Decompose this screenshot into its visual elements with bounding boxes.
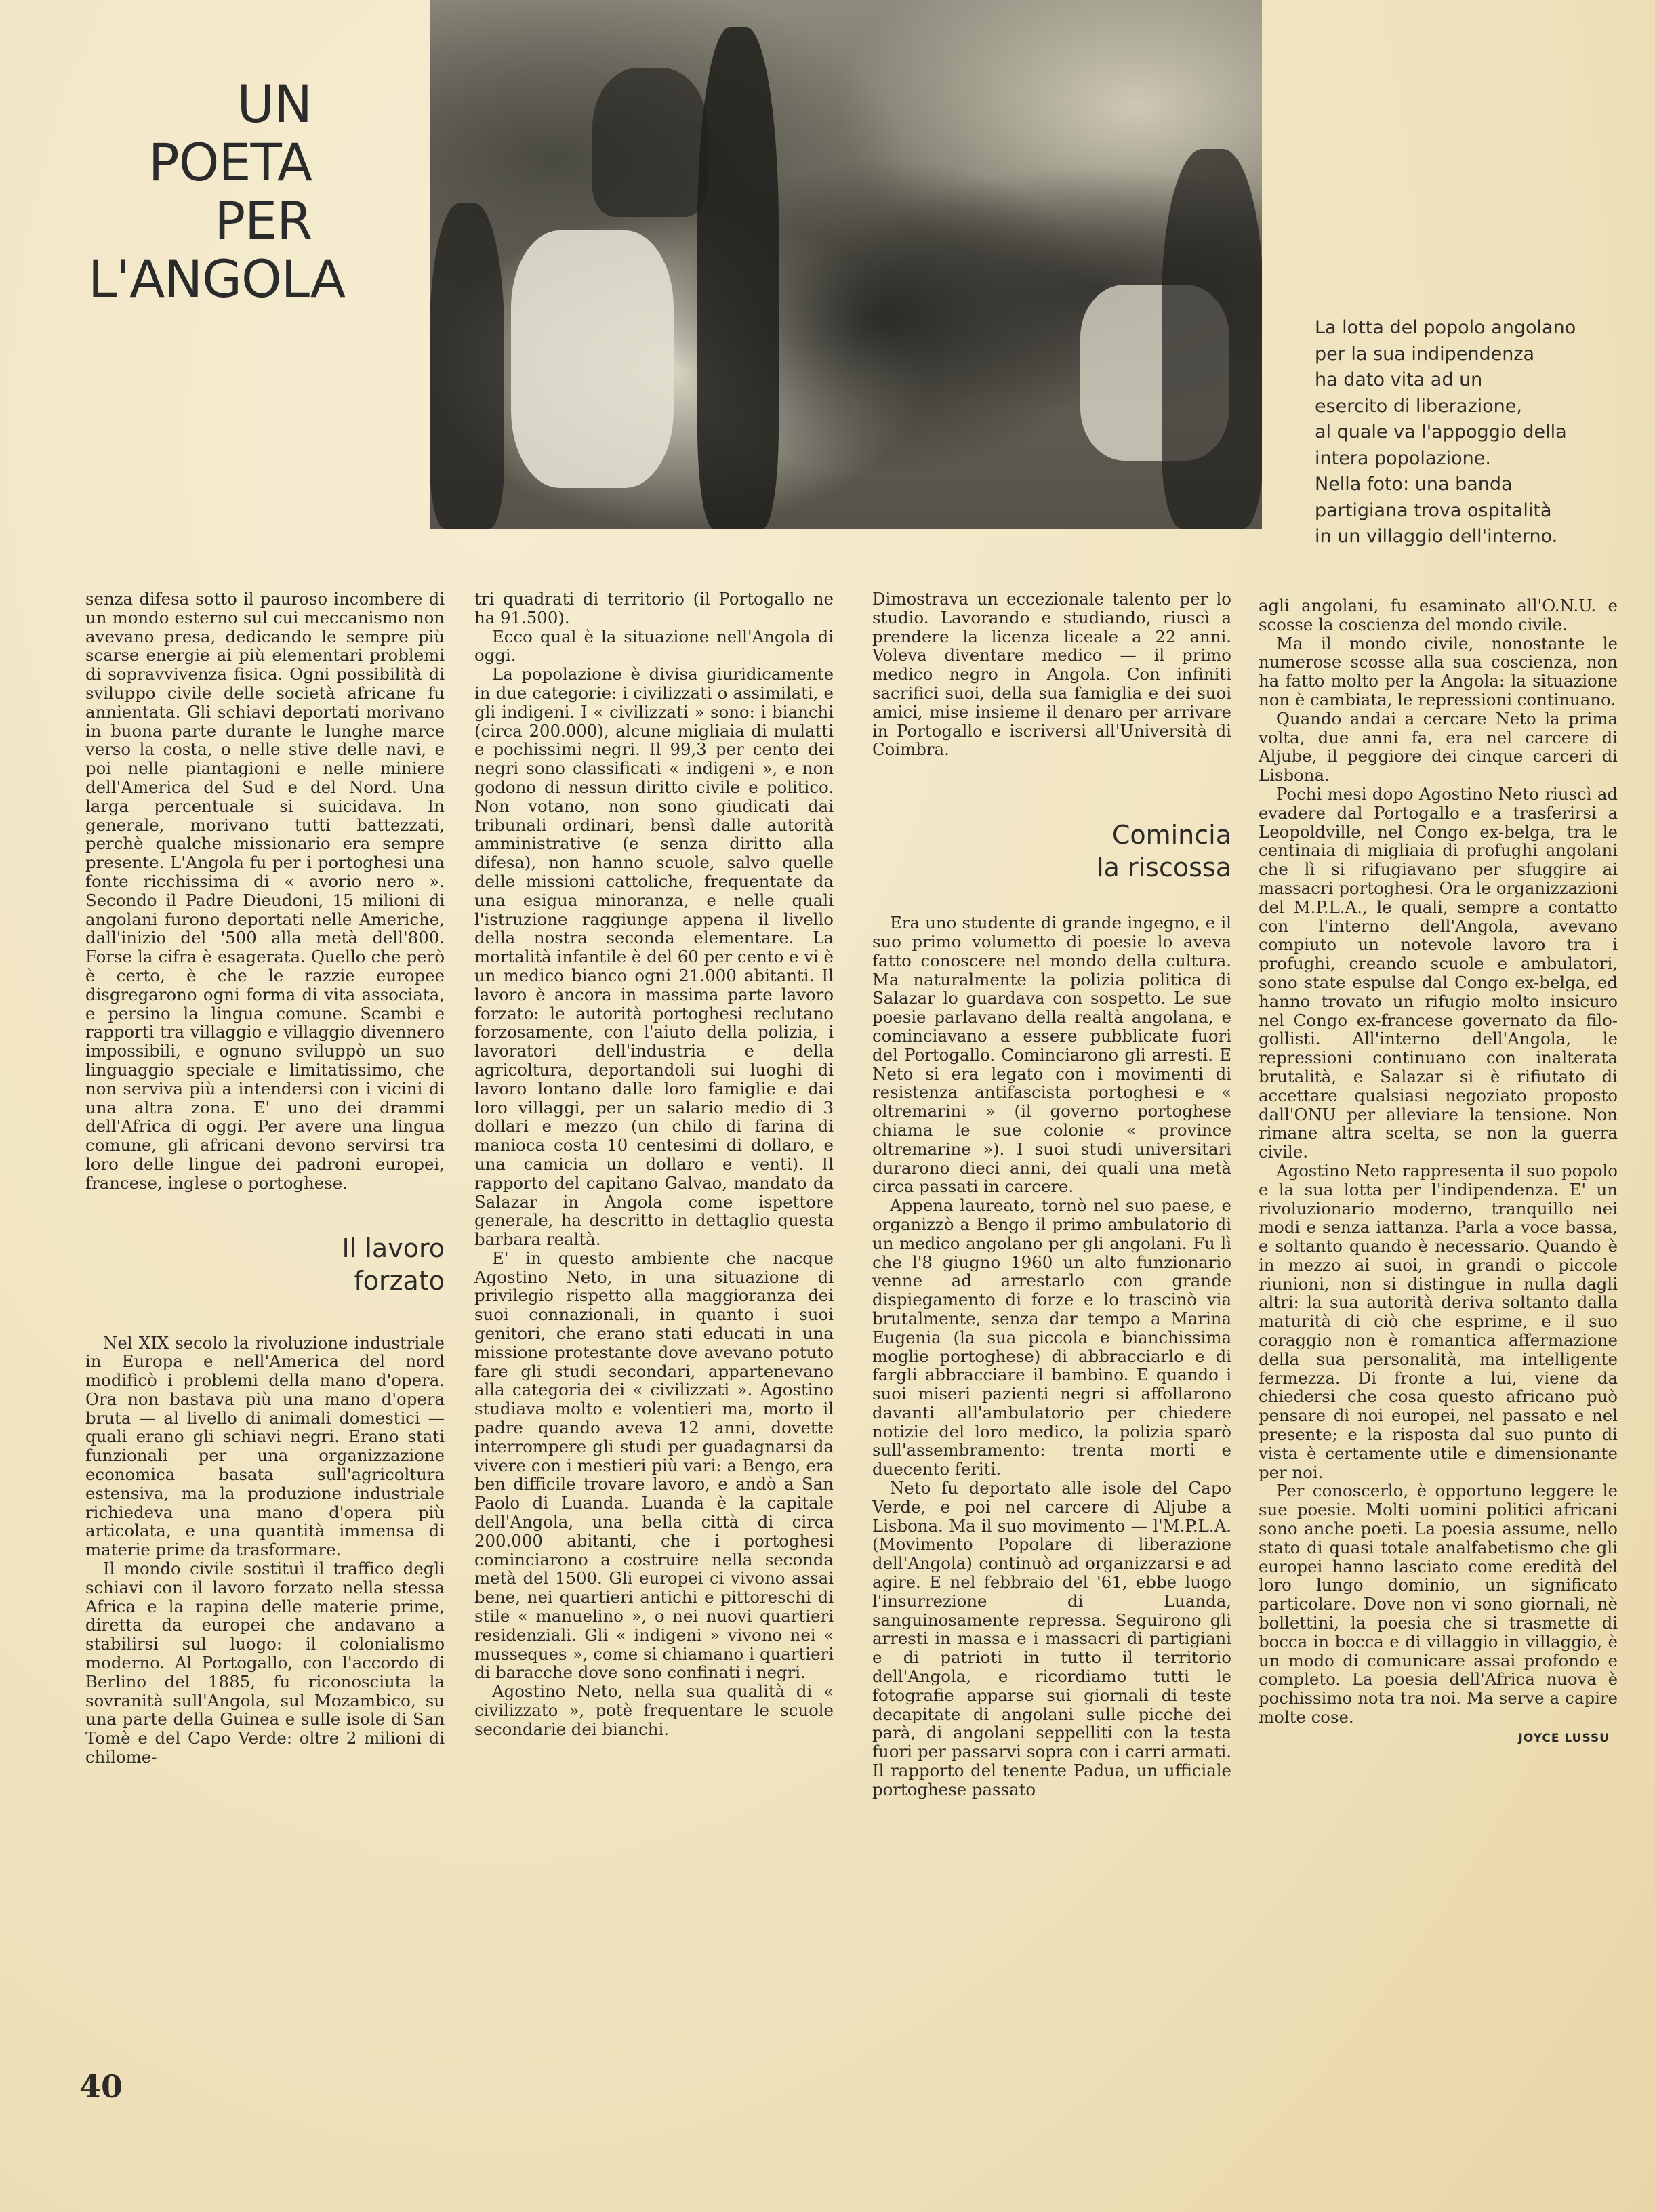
- caption-line: esercito di liberazione,: [1315, 394, 1640, 420]
- caption-line: intera popolazione.: [1315, 446, 1640, 472]
- subheading-line: la riscossa: [872, 851, 1231, 884]
- caption-line: Nella foto: una banda: [1315, 472, 1640, 498]
- subheading-line: Comincia: [872, 819, 1231, 851]
- paragraph: Era uno studente di grande ingegno, e il…: [872, 914, 1231, 1196]
- paragraph: tri quadrati di territorio (il Portogall…: [474, 590, 834, 628]
- subheading-line: forzato: [85, 1265, 445, 1297]
- paragraph: Dimostrava un eccezionale talento per lo…: [872, 590, 1231, 759]
- photo-figure-left: [430, 203, 504, 529]
- paragraph: senza difesa sotto il pauroso incombere …: [85, 590, 445, 1193]
- paragraph: Neto fu deportato alle isole del Capo Ve…: [872, 1479, 1231, 1799]
- paragraph: Per conoscerlo, è opportuno leggere le s…: [1259, 1481, 1618, 1726]
- text-column-2: tri quadrati di territorio (il Portogall…: [474, 590, 834, 1739]
- paragraph: agli angolani, fu esaminato all'O.N.U. e…: [1259, 596, 1618, 634]
- caption-line: per la sua indipendenza: [1315, 342, 1640, 368]
- subheading-comincia-la-riscossa: Comincia la riscossa: [872, 819, 1231, 884]
- paragraph: Pochi mesi dopo Agostino Neto riuscì ad …: [1259, 785, 1618, 1162]
- paragraph: Agostino Neto rappresenta il suo popolo …: [1259, 1162, 1618, 1482]
- caption-line: La lotta del popolo angolano: [1315, 315, 1640, 342]
- subheading-lavoro-forzato: Il lavoro forzato: [85, 1232, 445, 1297]
- subheading-line: Il lavoro: [85, 1232, 445, 1265]
- caption-line: ha dato vita ad un: [1315, 367, 1640, 394]
- article-photo: [430, 0, 1262, 529]
- author-signature: JOYCE LUSSU: [1259, 1729, 1618, 1748]
- photo-figure-far-right: [1162, 149, 1262, 529]
- text-column-3: Dimostrava un eccezionale talento per lo…: [872, 590, 1231, 1799]
- caption-line: al quale va l'appoggio della: [1315, 419, 1640, 446]
- paragraph: Ma il mondo civile, nonostante le numero…: [1259, 634, 1618, 710]
- page-number: 40: [79, 2068, 123, 2105]
- paragraph: E' in questo ambiente che nacque Agostin…: [474, 1249, 834, 1682]
- title-line-2: POETA: [88, 134, 312, 192]
- paragraph: Il mondo civile sostituì il traffico deg…: [85, 1559, 445, 1767]
- paragraph: Ecco qual è la situazione nell'Angola di…: [474, 628, 834, 665]
- title-line-1: UN: [88, 75, 312, 134]
- photo-figure-bending: [592, 68, 708, 217]
- article-title: UN POETA PER L'ANGOLA: [88, 75, 312, 308]
- paragraph: Quando andai a cercare Neto la prima vol…: [1259, 710, 1618, 785]
- paragraph: La popolazione è divisa giuridicamente i…: [474, 665, 834, 1249]
- paragraph: Appena laureato, tornò nel suo paese, e …: [872, 1196, 1231, 1479]
- photo-caption: La lotta del popolo angolano per la sua …: [1315, 315, 1640, 550]
- paragraph: Nel XIX secolo la rivoluzione industrial…: [85, 1334, 445, 1560]
- title-line-3: PER: [88, 192, 312, 250]
- text-column-1: senza difesa sotto il pauroso incombere …: [85, 590, 445, 1767]
- caption-line: partigiana trova ospitalità: [1315, 498, 1640, 525]
- caption-line: in un villaggio dell'interno.: [1315, 524, 1640, 550]
- paragraph: Agostino Neto, nella sua qualità di « ci…: [474, 1682, 834, 1738]
- photo-figure-seated-white: [511, 230, 674, 488]
- text-column-4: agli angolani, fu esaminato all'O.N.U. e…: [1259, 596, 1618, 1748]
- photo-figure-standing: [697, 27, 779, 529]
- title-line-4: L'ANGOLA: [88, 250, 312, 308]
